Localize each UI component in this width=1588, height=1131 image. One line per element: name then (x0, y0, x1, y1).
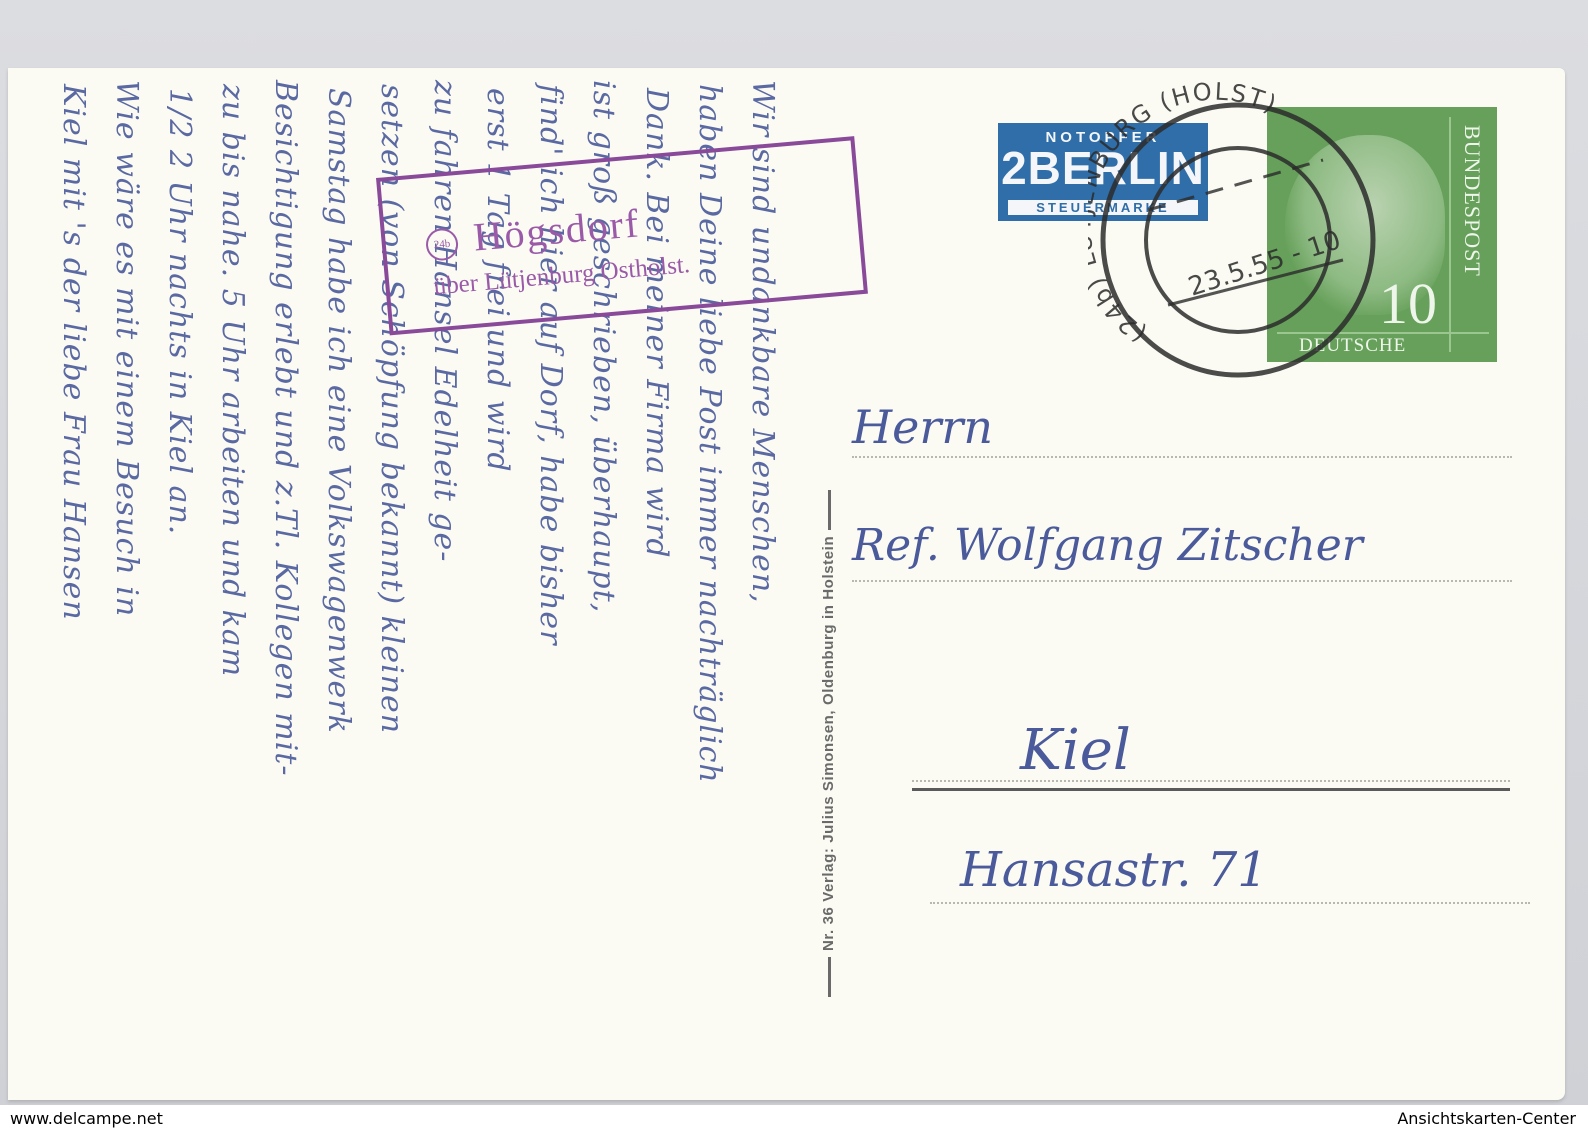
cancel-town: Högsdorf (471, 199, 642, 260)
imprint-text: Nr. 36 Verlag: Julius Simonsen, Oldenbur… (820, 536, 837, 951)
stamp-value: 2 (1001, 142, 1028, 194)
svg-text:(24b) LÜTJENBURG (HOLST): (24b) LÜTJENBURG (HOLST) (1088, 80, 1282, 348)
message-line: Kiel mit 's der liebe Frau Hansen (56, 84, 91, 621)
stamp-side-text: BUNDESPOST (1459, 125, 1485, 277)
watermark-right: Ansichtskarten-Center (1397, 1109, 1576, 1128)
address-line (852, 456, 1512, 458)
imprint-dash (828, 490, 831, 530)
message-line: Samstag habe ich eine Volkswagenwerk (321, 88, 356, 734)
message-line: Besichtigung erlebt und z.Tl. Kollegen m… (268, 80, 303, 776)
stamp-frame-line (1449, 117, 1451, 352)
publisher-imprint: Nr. 36 Verlag: Julius Simonsen, Oldenbur… (820, 484, 837, 1003)
address-line (930, 902, 1530, 904)
address-salutation: Herrn (852, 400, 993, 454)
message-line: 1/2 2 Uhr nachts in Kiel an. (162, 88, 197, 535)
message-line: Wie wäre es mit einem Besuch in (109, 80, 144, 617)
address-line (852, 580, 1512, 582)
address-line (912, 780, 1510, 782)
postal-code-circle: 24b (425, 227, 460, 262)
watermark-left: www.delcampe.net (10, 1109, 163, 1128)
message-line: zu bis nahe. 5 Uhr arbeiten und kam (215, 84, 250, 677)
postmark: (24b) LÜTJENBURG (HOLST) 23.5.55 - 10 (1088, 80, 1388, 400)
imprint-dash (828, 957, 831, 997)
address-name: Ref. Wolfgang Zitscher (852, 520, 1363, 571)
address-city: Kiel (1020, 718, 1131, 783)
cancel-via: über Lütjenburg Ostholst. (433, 251, 692, 301)
address-street: Hansastr. 71 (960, 842, 1268, 898)
postmark-icon: (24b) LÜTJENBURG (HOLST) 23.5.55 - 10 (1088, 80, 1388, 400)
city-underline (912, 788, 1510, 791)
svg-text:23.5.55 - 10: 23.5.55 - 10 (1185, 225, 1345, 302)
